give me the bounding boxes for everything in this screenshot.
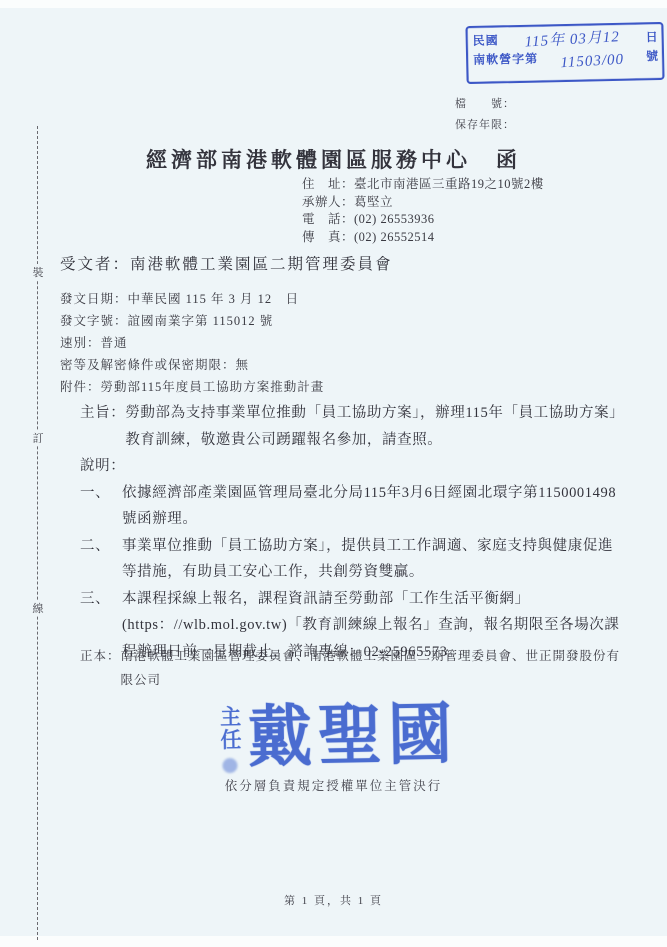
binding-mark-ding: 訂 — [30, 430, 46, 446]
subject-paragraph: 主旨： 勞動部為支持事業單位推動「員工協助方案」，辦理115年「員工協助方案」教… — [80, 400, 620, 453]
issue-number: 發文字號：誼國南業字第 115012 號 — [60, 310, 620, 332]
signature-title: 主 任 — [217, 706, 244, 752]
item-text: 事業單位推動「員工協助方案」，提供員工工作調適、家庭支持與健康促進等措施，有助員… — [122, 533, 620, 586]
description-label: 說明： — [80, 453, 620, 480]
stamp-number-suffix: 號 — [646, 47, 658, 64]
file-number-label: 檔 號： — [455, 94, 570, 115]
signature-name: 戴聖國 — [247, 680, 459, 780]
stamp-era-label: 民國 — [473, 31, 499, 49]
item-number: 三、 — [80, 586, 122, 613]
signature-title-char2: 任 — [218, 729, 244, 752]
stamp-handwritten-number: 11503/00 — [538, 50, 647, 73]
recipient-line: 受文者：南港軟體工業園區二期管理委員會 — [60, 252, 620, 274]
stamp-day-suffix: 日 — [645, 28, 657, 45]
sender-fax: 傳 真：(02) 26552514 — [302, 229, 642, 247]
retention-period-label: 保存年限： — [455, 115, 570, 136]
document-title: 經濟部南港軟體園區服務中心 函 — [0, 144, 667, 174]
scanned-letter-page: 裝 訂 線 民國 115年 03月12 日 南軟營字第 11503/00 號 檔… — [0, 8, 667, 936]
item-number: 一、 — [80, 480, 122, 507]
item-number: 二、 — [80, 533, 122, 560]
binding-mark-zhuang: 裝 — [30, 264, 46, 280]
item-text: 依據經濟部產業園區管理局臺北分局115年3月6日經園北環字第1150001498… — [122, 480, 620, 533]
sender-contact-person: 承辦人：葛堅立 — [302, 194, 642, 212]
sender-address: 住 址：臺北市南港區三重路19之10號2樓 — [302, 176, 642, 194]
subject-label: 主旨： — [80, 400, 125, 427]
subject-text: 勞動部為支持事業單位推動「員工協助方案」，辦理115年「員工協助方案」教育訓練，… — [125, 400, 620, 453]
sender-info-block: 住 址：臺北市南港區三重路19之10號2樓 承辦人：葛堅立 電 話：(02) 2… — [302, 176, 642, 246]
stamp-row-number: 南軟營字第 11503/00 號 — [468, 46, 662, 69]
file-info-block: 檔 號： 保存年限： — [455, 94, 570, 136]
copy-label: 正本： — [80, 644, 121, 668]
document-meta-block: 發文日期：中華民國 115 年 3 月 12 日 發文字號：誼國南業字第 115… — [60, 288, 620, 398]
issue-date: 發文日期：中華民國 115 年 3 月 12 日 — [60, 288, 620, 310]
received-date-stamp: 民國 115年 03月12 日 南軟營字第 11503/00 號 — [465, 22, 664, 84]
letter-body: 主旨： 勞動部為支持事業單位推動「員工協助方案」，辦理115年「員工協助方案」教… — [80, 400, 620, 665]
director-signature-stamp: 主 任 戴聖國 — [199, 687, 501, 787]
sender-phone: 電 話：(02) 26553936 — [302, 211, 642, 229]
page-number-footer: 第 1 頁，共 1 頁 — [0, 892, 667, 908]
binding-dashed-line — [37, 126, 38, 940]
authorization-note: 依分層負責規定授權單位主管決行 — [0, 776, 667, 794]
binding-mark-xian: 線 — [30, 600, 46, 616]
attachment: 附件：勞動部115年度員工協助方案推動計畫 — [60, 376, 620, 398]
description-item-1: 一、 依據經濟部產業園區管理局臺北分局115年3月6日經園北環字第1150001… — [80, 480, 620, 533]
signature-title-char1: 主 — [217, 706, 243, 729]
description-item-2: 二、 事業單位推動「員工協助方案」，提供員工工作調適、家庭支持與健康促進等措施，… — [80, 533, 620, 586]
security-classification: 密等及解密條件或保密期限：無 — [60, 354, 620, 376]
small-seal-mark — [222, 758, 237, 773]
priority: 速別：普通 — [60, 332, 620, 354]
